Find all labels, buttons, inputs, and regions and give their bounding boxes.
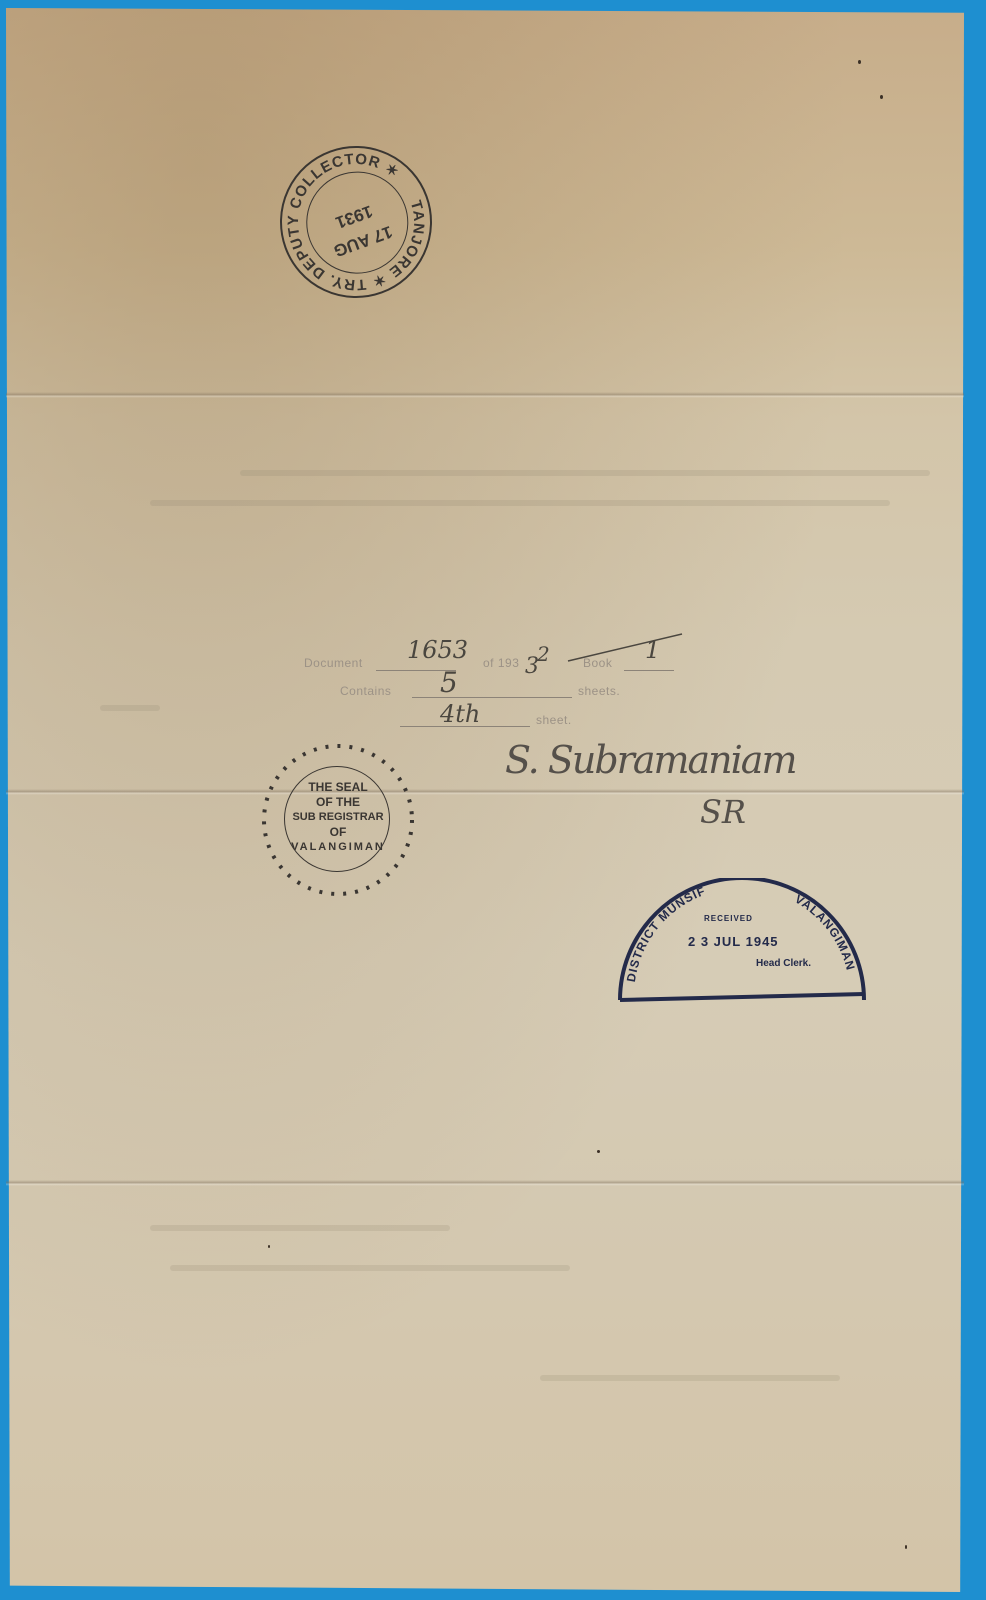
of-year-label: of 193 bbox=[483, 656, 519, 670]
document-number: 1653 bbox=[407, 636, 468, 664]
received-label: RECEIVED bbox=[704, 914, 753, 923]
signature: S. Subramaniam bbox=[505, 738, 796, 782]
book-stroke bbox=[560, 628, 690, 668]
district-munsif-seal: DISTRICT MUNSIF VALANGIMAN RECEIVED 2 3 … bbox=[616, 878, 868, 1004]
paper-fold bbox=[6, 789, 964, 795]
document-sheet bbox=[6, 8, 964, 1592]
received-date: 2 3 JUL 1945 bbox=[688, 934, 779, 949]
book-rule bbox=[624, 670, 674, 671]
paper-speck bbox=[905, 1545, 907, 1549]
signature-designation: SR bbox=[700, 793, 746, 831]
contains-label: Contains bbox=[340, 684, 391, 698]
year-overwrite: 3 bbox=[525, 654, 539, 679]
faint-text-line bbox=[100, 705, 160, 711]
paper-speck bbox=[880, 95, 883, 99]
sheets-count: 5 bbox=[440, 666, 458, 699]
sheet-label: sheet. bbox=[536, 713, 572, 727]
faint-text-line bbox=[170, 1265, 570, 1271]
seal-line-3: SUB REGISTRAR bbox=[256, 810, 420, 825]
sub-registrar-seal: THE SEAL OF THE SUB REGISTRAR OF VALANGI… bbox=[256, 740, 420, 900]
seal-line-2: OF THE bbox=[256, 795, 420, 810]
faint-text-line bbox=[150, 1225, 450, 1231]
faint-text-line bbox=[240, 470, 930, 476]
seal-line-4: OF bbox=[256, 825, 420, 840]
seal-line-1: THE SEAL bbox=[256, 780, 420, 795]
faint-text-line bbox=[540, 1375, 840, 1381]
paper-fold bbox=[6, 1180, 964, 1186]
paper-fold bbox=[6, 392, 964, 398]
paper-speck bbox=[268, 1245, 270, 1248]
document-label: Document bbox=[304, 656, 363, 670]
faint-text-line bbox=[150, 500, 890, 506]
seal-line-5: VALANGIMAN bbox=[256, 840, 420, 855]
sheets-rule bbox=[412, 697, 572, 698]
sheet-number: 4th bbox=[440, 700, 480, 728]
head-clerk-label: Head Clerk. bbox=[756, 958, 811, 969]
paper-speck bbox=[858, 60, 861, 64]
paper-speck bbox=[597, 1150, 600, 1153]
sheets-label: sheets. bbox=[578, 684, 620, 698]
